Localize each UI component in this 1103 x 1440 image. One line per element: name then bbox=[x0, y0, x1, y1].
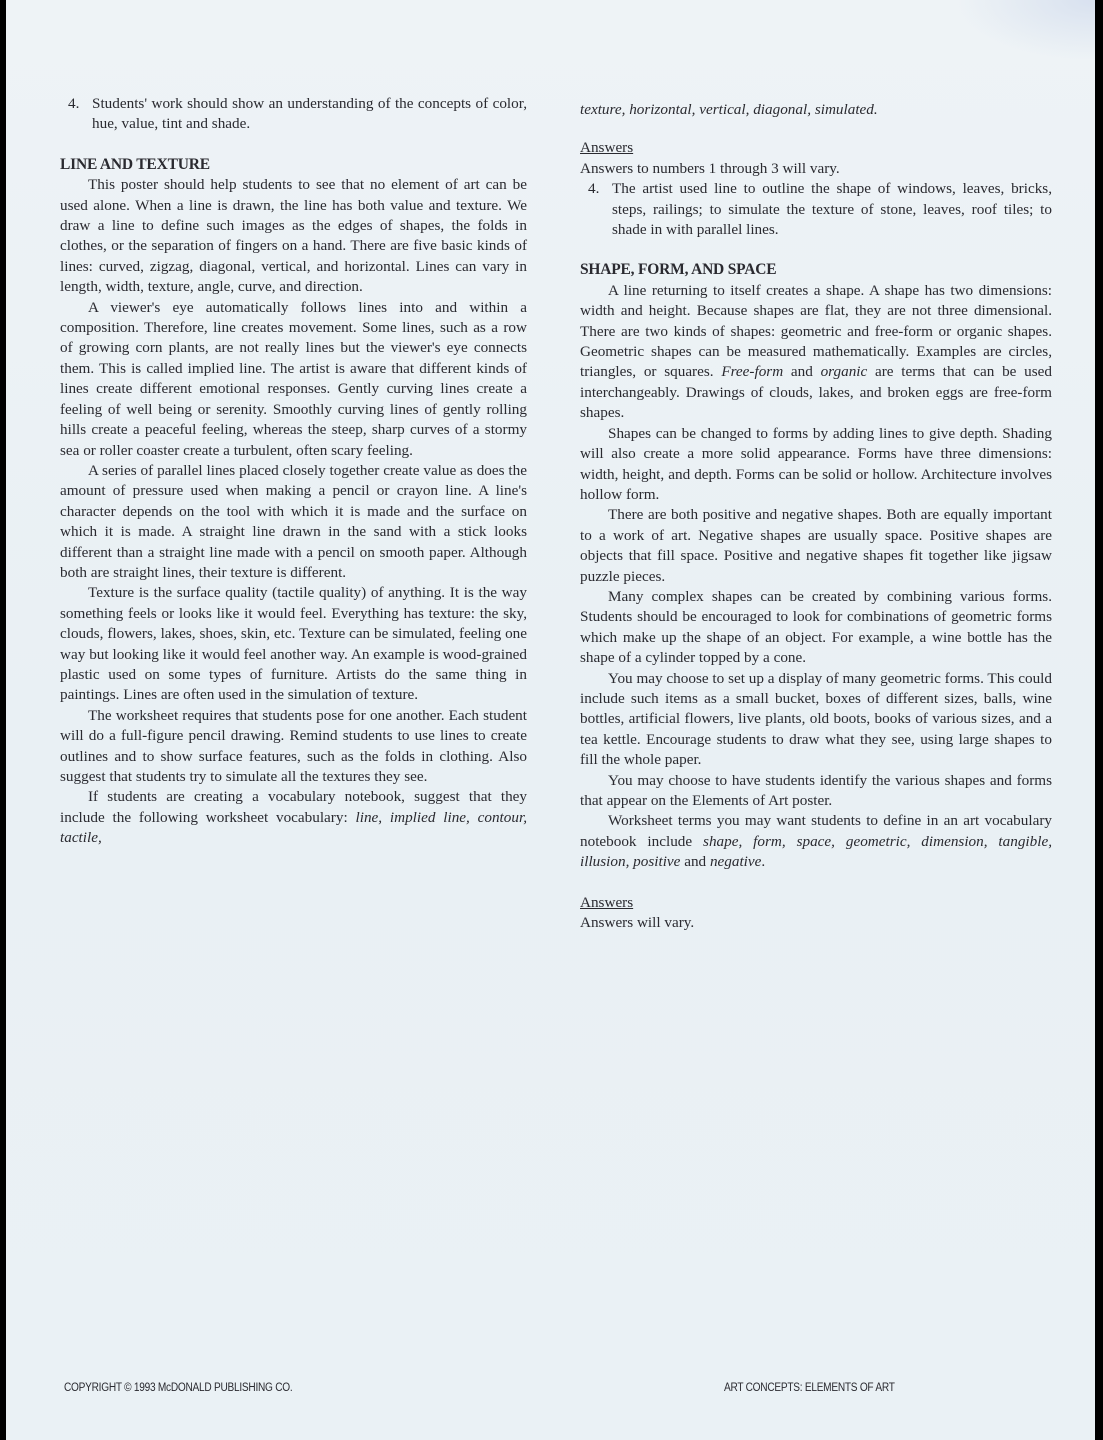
paragraph: Shapes can be changed to forms by adding… bbox=[580, 424, 1052, 506]
vocab-terms-continued: texture, horizontal, vertical, diagonal,… bbox=[580, 100, 1052, 120]
footer-title: ART CONCEPTS: ELEMENTS OF ART bbox=[724, 1382, 895, 1394]
answers-line: Answers will vary. bbox=[580, 913, 1052, 933]
paragraph: There are both positive and negative sha… bbox=[580, 505, 1052, 587]
answers-line: Answers to numbers 1 through 3 will vary… bbox=[580, 159, 1052, 179]
footer-copyright: COPYRIGHT © 1993 McDONALD PUBLISHING CO. bbox=[64, 1382, 292, 1394]
item-text: The artist used line to outline the shap… bbox=[612, 179, 1052, 240]
section-heading-shape-form-space: SHAPE, FORM, AND SPACE bbox=[580, 260, 1052, 280]
answers-heading: Answers bbox=[580, 138, 1052, 158]
left-column: 4. Students' work should show an underst… bbox=[60, 94, 527, 849]
item-number: 4. bbox=[60, 94, 92, 135]
worksheet-terms-paragraph: Worksheet terms you may want students to… bbox=[580, 811, 1052, 872]
paragraph: You may choose to have students identify… bbox=[580, 771, 1052, 812]
answer-item-4: 4. The artist used line to outline the s… bbox=[580, 179, 1052, 240]
vocab-terms: texture, horizontal, vertical, diagonal,… bbox=[580, 101, 878, 118]
paragraph: Texture is the surface quality (tactile … bbox=[60, 583, 527, 705]
text-run: . bbox=[761, 853, 765, 870]
paragraph: The worksheet requires that students pos… bbox=[60, 706, 527, 788]
vocabulary-paragraph: If students are creating a vocabulary no… bbox=[60, 787, 527, 848]
answer-item-4: 4. Students' work should show an underst… bbox=[60, 94, 527, 135]
item-text: Students' work should show an understand… bbox=[92, 94, 527, 135]
answers-heading: Answers bbox=[580, 893, 1052, 913]
section-heading-line-and-texture: LINE AND TEXTURE bbox=[60, 155, 527, 175]
right-column: texture, horizontal, vertical, diagonal,… bbox=[580, 100, 1052, 933]
term-free-form: Free-form bbox=[721, 363, 783, 380]
item-number: 4. bbox=[580, 179, 612, 240]
paragraph: You may choose to set up a display of ma… bbox=[580, 669, 1052, 771]
paragraph: A line returning to itself creates a sha… bbox=[580, 281, 1052, 424]
document-page: 4. Students' work should show an underst… bbox=[6, 0, 1095, 1440]
paragraph: This poster should help students to see … bbox=[60, 175, 527, 297]
vocab-term: negative bbox=[710, 853, 761, 870]
paragraph: Many complex shapes can be created by co… bbox=[580, 587, 1052, 669]
paragraph: A series of parallel lines placed closel… bbox=[60, 461, 527, 583]
text-run: and bbox=[783, 363, 820, 380]
paragraph: A viewer's eye automatically follows lin… bbox=[60, 298, 527, 461]
text-run: and bbox=[680, 853, 710, 870]
term-organic: organic bbox=[821, 363, 868, 380]
